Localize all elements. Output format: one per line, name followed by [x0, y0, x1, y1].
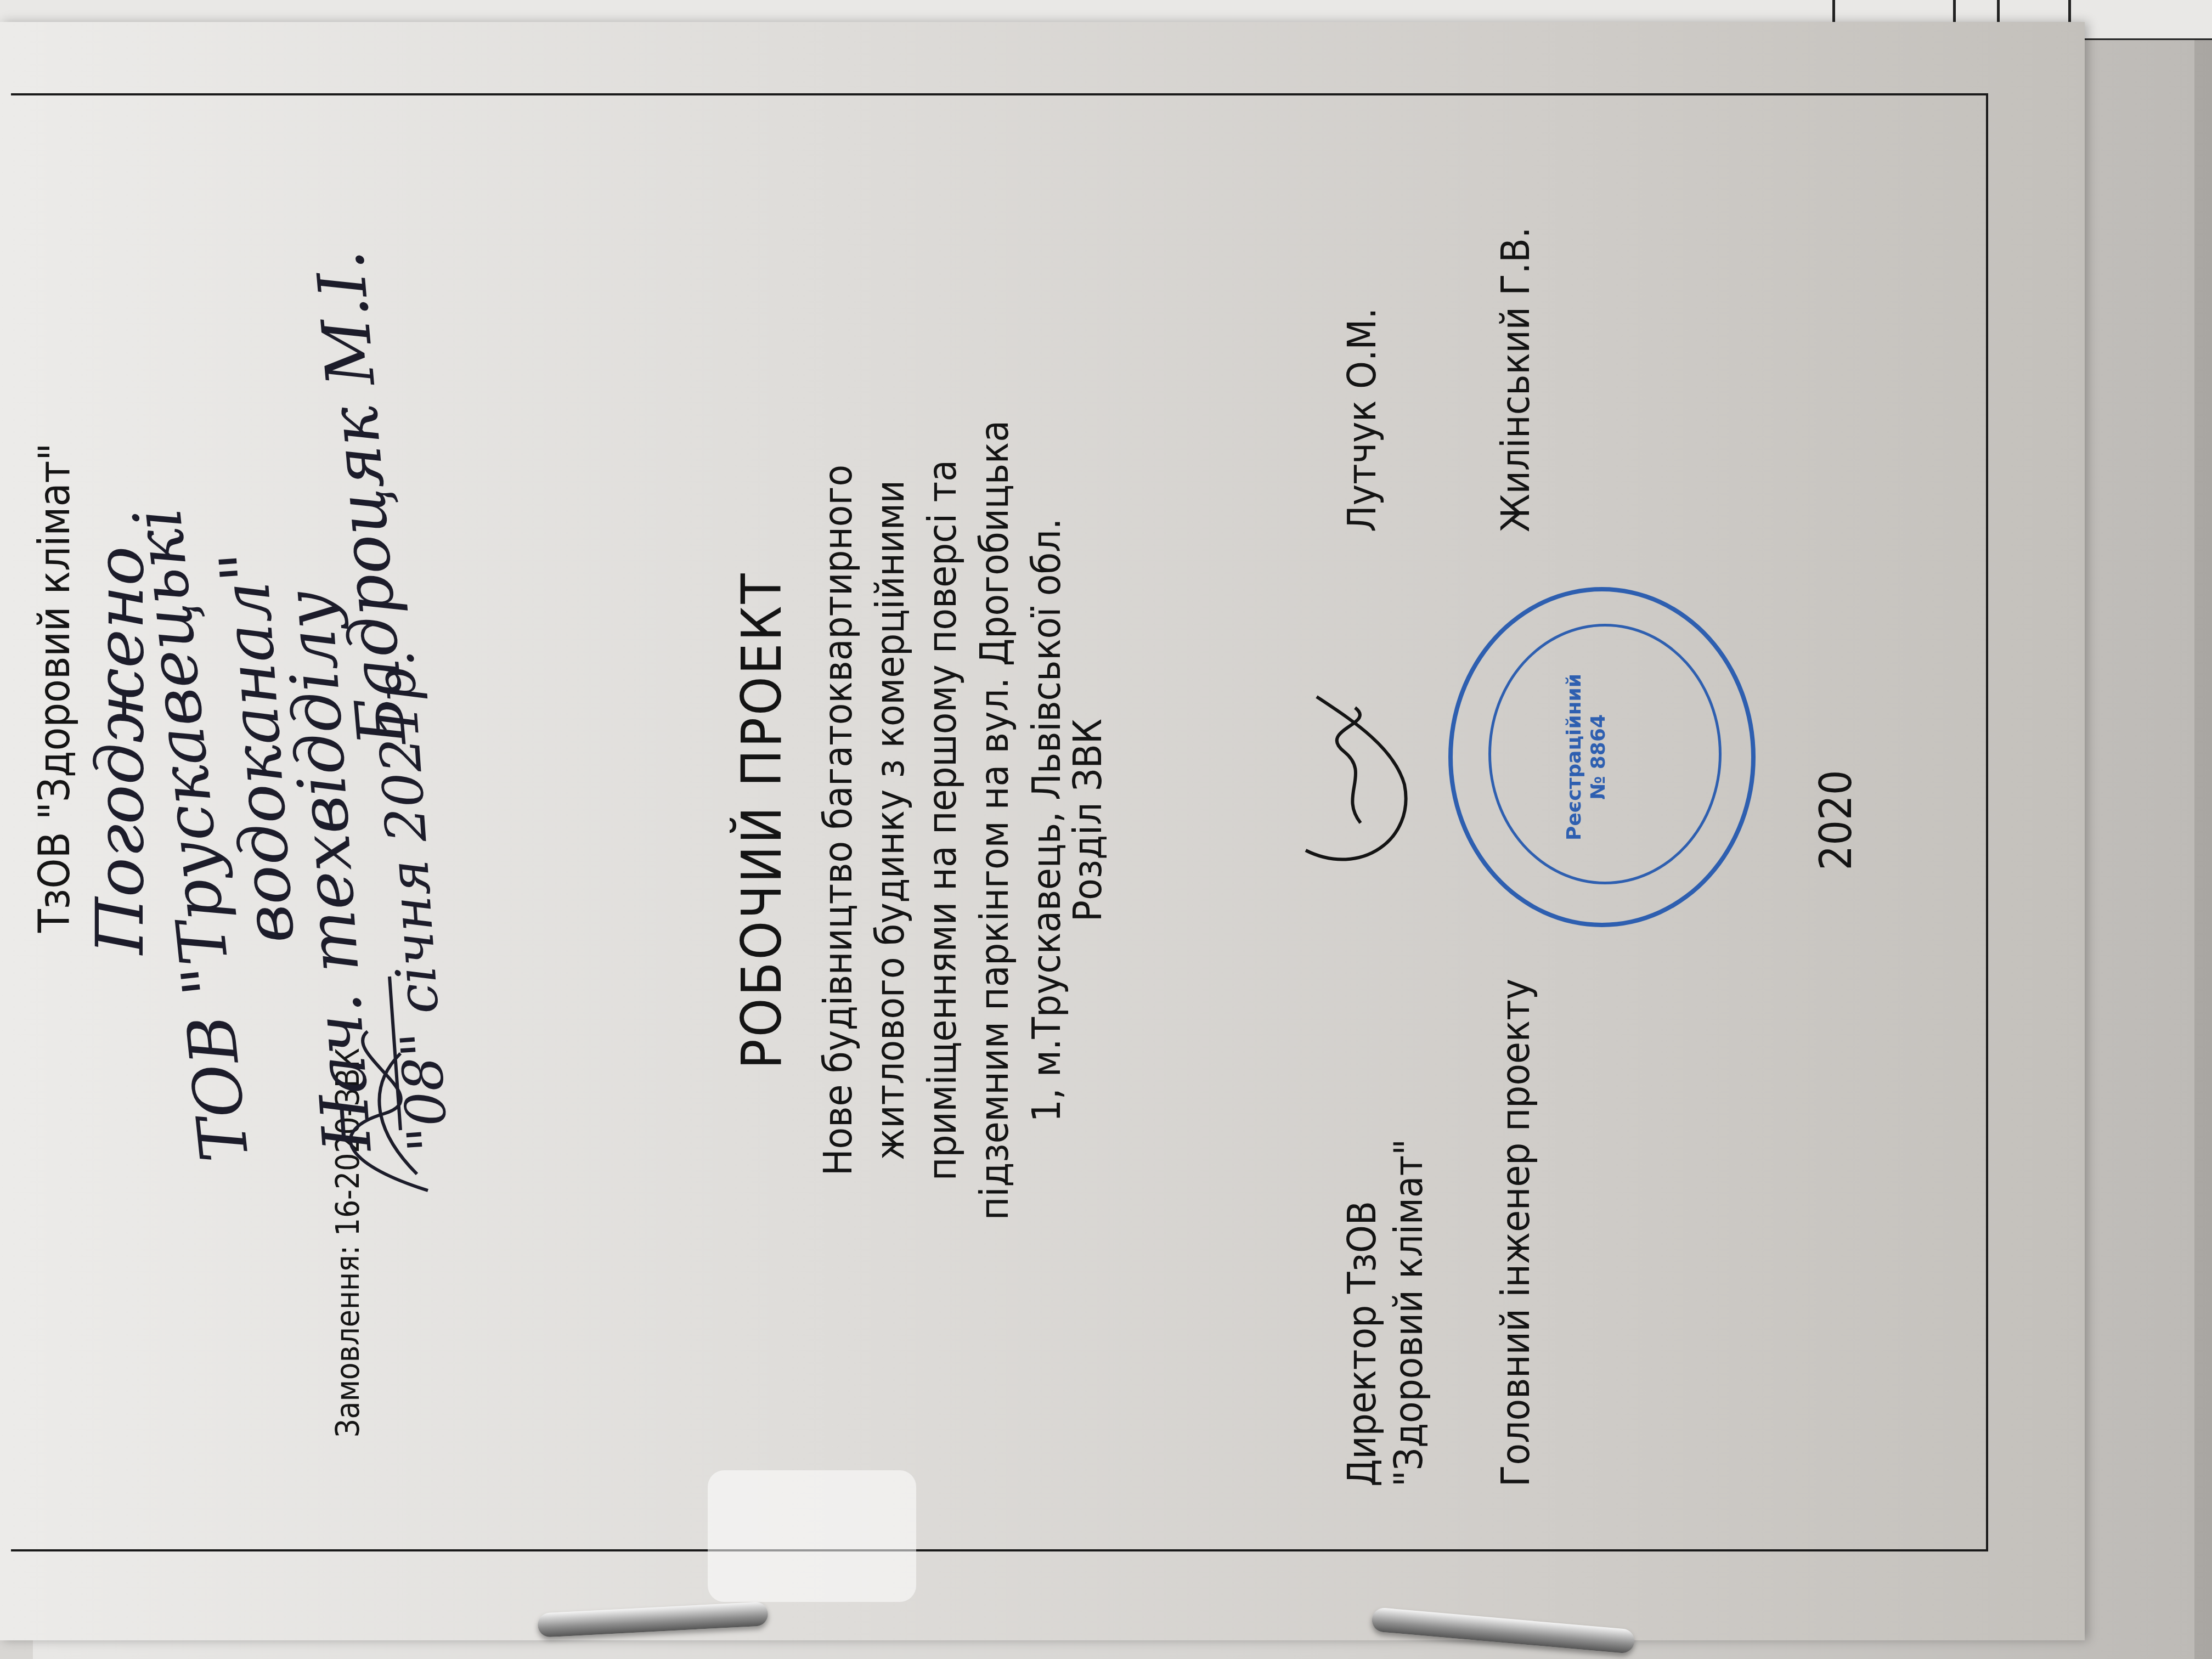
- project-description: Нове будівництво багатоквартирного житло…: [812, 400, 1073, 1240]
- director-signature: [1295, 691, 1421, 872]
- approval-signature: [318, 966, 439, 1196]
- signatory-name: Жилінський Г.В.: [1492, 227, 1538, 532]
- organization-name: ТзОВ "Здоровий клімат": [30, 443, 80, 933]
- document-title: РОБОЧИЙ ПРОЕКТ: [730, 93, 794, 1547]
- section-name: Розділ ЗВК: [1064, 93, 1110, 1547]
- document-year: 2020: [1810, 93, 1861, 1547]
- signatory-role: Головний інженер проекту: [1492, 979, 1538, 1487]
- signatory-role: Директор ТзОВ "Здоровий клімат": [1339, 993, 1432, 1487]
- stamp-reg-label: Реєстраційний: [1562, 591, 1587, 923]
- official-stamp: Реєстраційний № 8864: [1448, 587, 1756, 927]
- title-page: ТзОВ "Здоровий клімат" Замовлення: 16-20…: [0, 22, 2085, 1640]
- page-content: ТзОВ "Здоровий клімат" Замовлення: 16-20…: [0, 93, 1975, 1547]
- binder-fastener-strip: [708, 1470, 916, 1602]
- stamp-center: Реєстраційний № 8864: [1562, 591, 1611, 923]
- stamp-reg-number: № 8864: [1587, 591, 1611, 923]
- signatory-name: Лутчук О.М.: [1339, 308, 1385, 532]
